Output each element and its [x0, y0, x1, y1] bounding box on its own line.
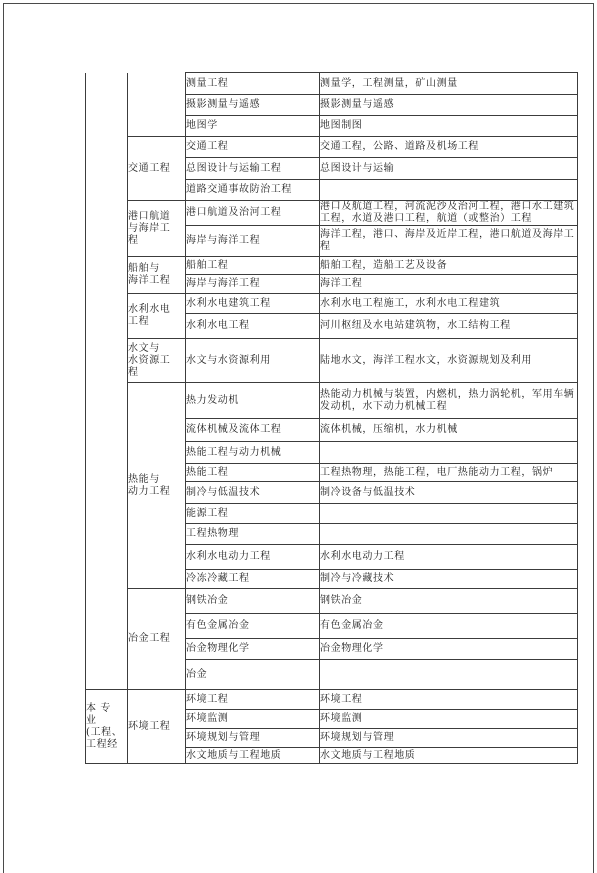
specialty-cell: 热能工程: [186, 464, 320, 482]
former-specialty-cell: 总图设计与运输: [320, 158, 578, 180]
former-specialty-cell: 交通工程，公路、道路及机场工程: [320, 137, 578, 158]
specialty-cell: 总图设计与运输工程: [186, 158, 320, 180]
former-specialty-cell: 工程热物理，热能工程，电厂热能动力工程，锅炉: [320, 464, 578, 482]
former-specialty-cell: 环境规划与管理: [320, 729, 578, 748]
specialty-cell: 船舶工程: [186, 257, 320, 275]
table-row: 本 专 业 (工程、 工程经 环境工程 环境工程 环境工程: [86, 690, 578, 710]
discipline-group-cell: 热能与 动力工程: [128, 383, 186, 589]
former-specialty-cell: 测量学，工程测量，矿山测量: [320, 73, 578, 95]
specialty-cell: 热能工程与动力机械: [186, 442, 320, 464]
discipline-group-cell: 水文与 水资源工 程: [128, 339, 186, 383]
discipline-group-cell: [128, 73, 186, 137]
table-row: 水文与 水资源工 程 水文与水资源利用 陆地水文，海洋工程水文，水资源规划及利用: [86, 339, 578, 383]
former-specialty-cell: 有色金属冶金: [320, 614, 578, 639]
specialty-cell: 道路交通事故防治工程: [186, 180, 320, 201]
former-specialty-cell: 地图制图: [320, 116, 578, 137]
category-cell-continued: [86, 73, 128, 690]
discipline-group-cell: 港口航道 与海岸工 程: [128, 201, 186, 257]
former-specialty-cell: 水利水电动力工程: [320, 545, 578, 570]
discipline-group-cell: 水利水电 工程: [128, 294, 186, 339]
table-row: 港口航道 与海岸工 程 港口航道及治河工程 港口及航道工程，河流泥沙及治河工程，…: [86, 201, 578, 226]
specialty-cell: 测量工程: [186, 73, 320, 95]
former-specialty-cell: [320, 442, 578, 464]
former-specialty-cell: 钢铁冶金: [320, 589, 578, 614]
specialty-cell: 水文与水资源利用: [186, 339, 320, 383]
former-specialty-cell: 陆地水文，海洋工程水文，水资源规划及利用: [320, 339, 578, 383]
specialty-cell: 交通工程: [186, 137, 320, 158]
specialty-cell: 摄影测量与遥感: [186, 95, 320, 116]
former-specialty-cell: [320, 524, 578, 545]
specialty-cell: 冶金物理化学: [186, 639, 320, 660]
category-cell: 本 专 业 (工程、 工程经: [86, 690, 128, 764]
specialty-cell: 水利水电建筑工程: [186, 294, 320, 314]
former-specialty-cell: 热能动力机械与装置，内燃机，热力涡轮机，军用车辆发动机，水下动力机械工程: [320, 383, 578, 419]
table-row: 水利水电 工程 水利水电建筑工程 水利水电工程施工，水利水电工程建筑: [86, 294, 578, 314]
specialty-cell: 冶金: [186, 660, 320, 690]
specialty-cell: 热力发动机: [186, 383, 320, 419]
specialty-cell: 港口航道及治河工程: [186, 201, 320, 226]
table-row: 交通工程 交通工程 交通工程，公路、道路及机场工程: [86, 137, 578, 158]
former-specialty-cell: 海洋工程，港口、海岸及近岸工程，港口航道及海岸工程: [320, 226, 578, 257]
former-specialty-cell: 河川枢纽及水电站建筑物，水工结构工程: [320, 314, 578, 339]
former-specialty-cell: [320, 504, 578, 524]
specialty-cell: 有色金属冶金: [186, 614, 320, 639]
specialty-cell: 环境规划与管理: [186, 729, 320, 748]
former-specialty-cell: 流体机械，压缩机，水力机械: [320, 419, 578, 442]
specialty-cell: 水利水电工程: [186, 314, 320, 339]
specialty-cell: 工程热物理: [186, 524, 320, 545]
specialty-cell: 水利水电动力工程: [186, 545, 320, 570]
former-specialty-cell: 水文地质与工程地质: [320, 748, 578, 764]
former-specialty-cell: [320, 660, 578, 690]
specialty-cell: 海岸与海洋工程: [186, 275, 320, 294]
discipline-group-cell: 环境工程: [128, 690, 186, 764]
discipline-group-cell: 船舶与 海洋工程: [128, 257, 186, 294]
table-row: 冶金工程 钢铁冶金 钢铁冶金: [86, 589, 578, 614]
specialty-cell: 海岸与海洋工程: [186, 226, 320, 257]
former-specialty-cell: [320, 180, 578, 201]
former-specialty-cell: 制冷与冷藏技术: [320, 570, 578, 589]
specialty-cell: 冷冻冷藏工程: [186, 570, 320, 589]
former-specialty-cell: 环境工程: [320, 690, 578, 710]
former-specialty-cell: 港口及航道工程，河流泥沙及治河工程，港口水工建筑工程，水道及港口工程，航道（或整…: [320, 201, 578, 226]
specialty-cell: 制冷与低温技术: [186, 482, 320, 504]
specialty-cell: 流体机械及流体工程: [186, 419, 320, 442]
former-specialty-cell: 海洋工程: [320, 275, 578, 294]
former-specialty-cell: 制冷设备与低温技术: [320, 482, 578, 504]
discipline-group-cell: 冶金工程: [128, 589, 186, 690]
specialty-classification-table: 测量工程 测量学，工程测量，矿山测量 摄影测量与遥感 摄影测量与遥感 地图学 地…: [85, 72, 578, 764]
former-specialty-cell: 环境监测: [320, 710, 578, 729]
former-specialty-cell: 冶金物理化学: [320, 639, 578, 660]
table-row: 热能与 动力工程 热力发动机 热能动力机械与装置，内燃机，热力涡轮机，军用车辆发…: [86, 383, 578, 419]
specialty-cell: 环境监测: [186, 710, 320, 729]
former-specialty-cell: 水利水电工程施工，水利水电工程建筑: [320, 294, 578, 314]
discipline-group-cell: 交通工程: [128, 137, 186, 201]
specialty-cell: 钢铁冶金: [186, 589, 320, 614]
table-row: 测量工程 测量学，工程测量，矿山测量: [86, 73, 578, 95]
former-specialty-cell: 船舶工程，造船工艺及设备: [320, 257, 578, 275]
specialty-cell: 环境工程: [186, 690, 320, 710]
specialty-cell: 地图学: [186, 116, 320, 137]
specialty-cell: 水文地质与工程地质: [186, 748, 320, 764]
table-row: 船舶与 海洋工程 船舶工程 船舶工程，造船工艺及设备: [86, 257, 578, 275]
former-specialty-cell: 摄影测量与遥感: [320, 95, 578, 116]
specialty-cell: 能源工程: [186, 504, 320, 524]
